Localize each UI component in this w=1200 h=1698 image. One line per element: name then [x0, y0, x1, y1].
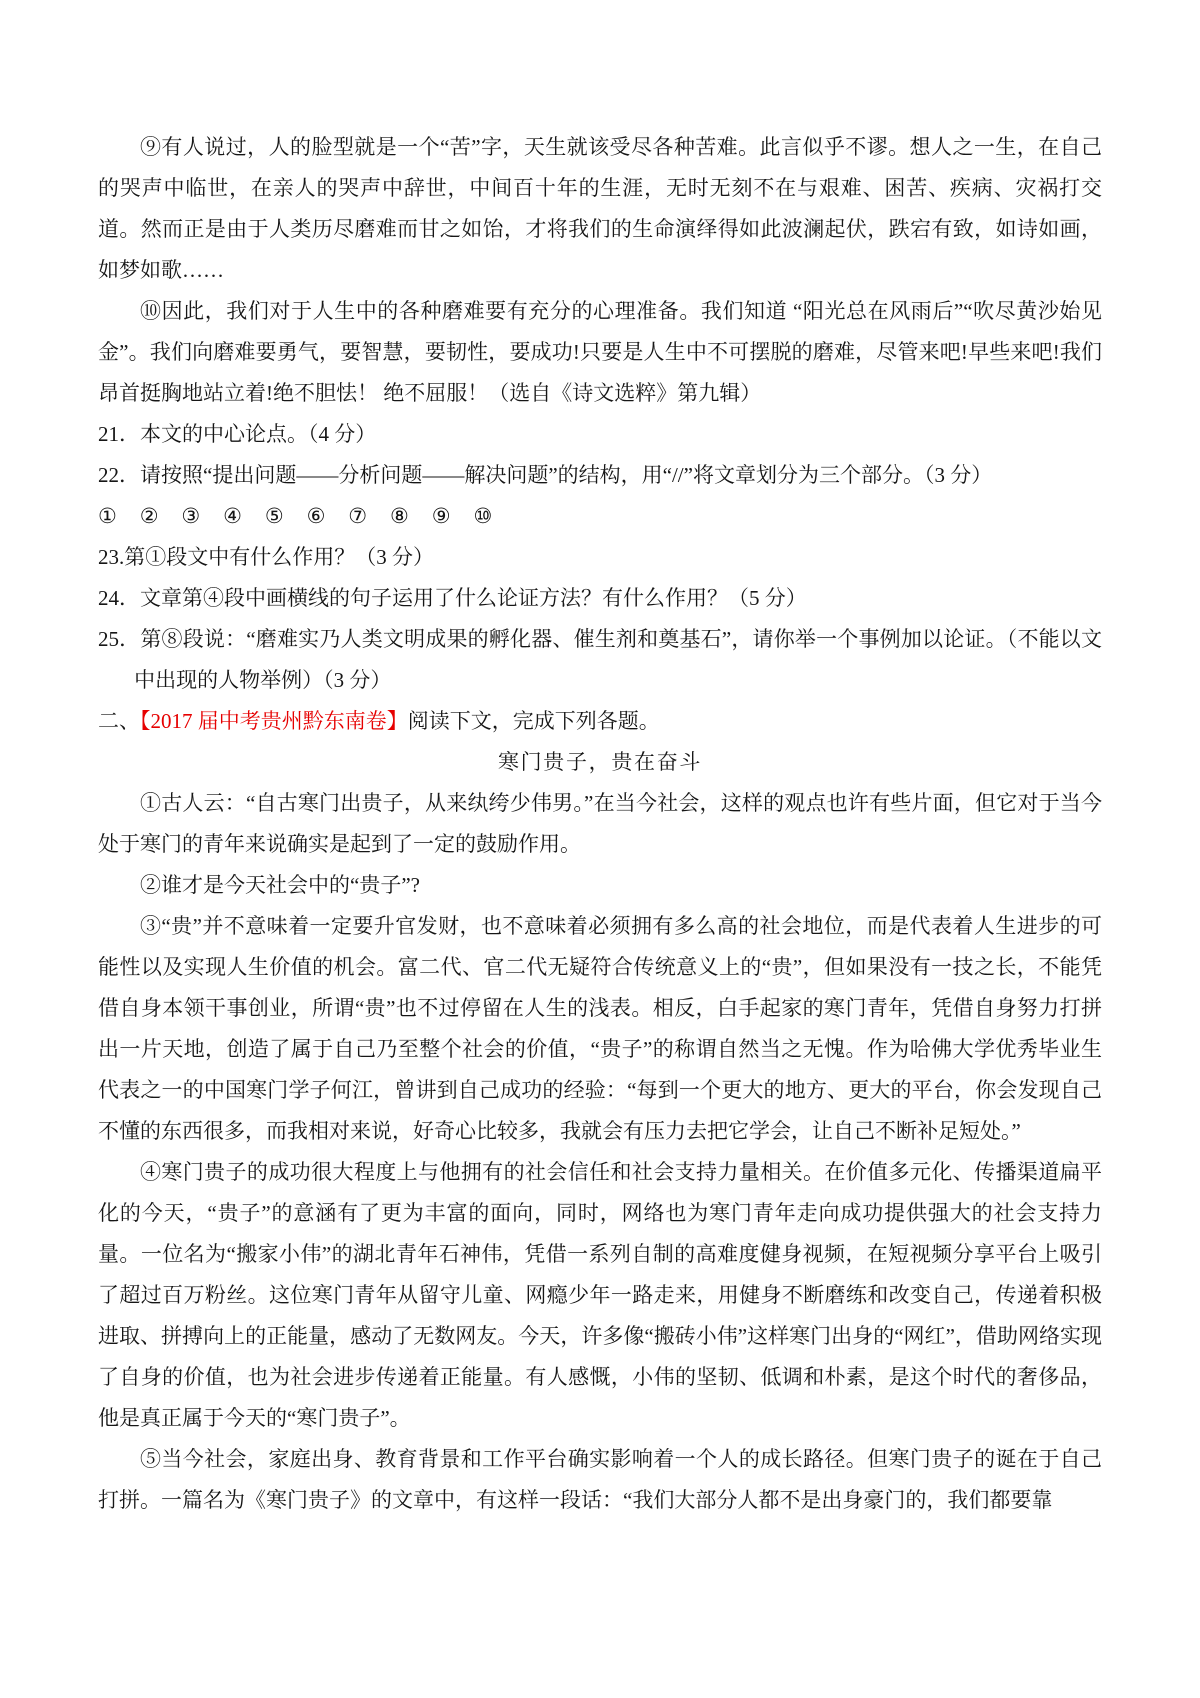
passage2-paragraph-2: ②谁才是今天社会中的“贵子”? — [98, 865, 1102, 906]
question-25: 25．第⑧段说：“磨难实乃人类文明成果的孵化器、催生剂和奠基石”，请你举一个事例… — [98, 619, 1102, 701]
section-two-prefix: 二、 — [98, 709, 140, 733]
passage1-paragraph-9: ⑨有人说过，人的脸型就是一个“苦”字，天生就该受尽各种苦难。此言似乎不谬。想人之… — [98, 127, 1102, 291]
passage2-paragraph-3: ③“贵”并不意味着一定要升官发财，也不意味着必须拥有多么高的社会地位，而是代表着… — [98, 906, 1102, 1152]
question-22: 22．请按照“提出问题——分析问题——解决问题”的结构，用“//”将文章划分为三… — [98, 455, 1102, 496]
passage2-paragraph-5: ⑤当今社会，家庭出身、教育背景和工作平台确实影响着一个人的成长路径。但寒门贵子的… — [98, 1439, 1102, 1521]
section-two-heading: 二、【2017 届中考贵州黔东南卷】阅读下文，完成下列各题。 — [98, 701, 1102, 742]
question-24: 24．文章第④段中画横线的句子运用了什么论证方法？有什么作用？（5 分） — [98, 578, 1102, 619]
paragraph-number-marks: ① ② ③ ④ ⑤ ⑥ ⑦ ⑧ ⑨ ⑩ — [98, 496, 1102, 537]
exam-source-tag: 【2017 届中考贵州黔东南卷】 — [140, 709, 408, 733]
question-21: 21．本文的中心论点。（4 分） — [98, 414, 1102, 455]
passage2-paragraph-4: ④寒门贵子的成功很大程度上与他拥有的社会信任和社会支持力量相关。在价值多元化、传… — [98, 1152, 1102, 1439]
exam-document-page: ⑨有人说过，人的脸型就是一个“苦”字，天生就该受尽各种苦难。此言似乎不谬。想人之… — [0, 0, 1200, 1698]
question-23: 23.第①段文中有什么作用？（3 分） — [98, 537, 1102, 578]
passage2-title: 寒门贵子，贵在奋斗 — [98, 742, 1102, 783]
passage1-paragraph-10: ⑩因此，我们对于人生中的各种磨难要有充分的心理准备。我们知道 “阳光总在风雨后”… — [98, 291, 1102, 414]
section-two-instruction: 阅读下文，完成下列各题。 — [408, 709, 660, 733]
passage2-paragraph-1: ①古人云：“自古寒门出贵子，从来纨绔少伟男。”在当今社会，这样的观点也许有些片面… — [98, 783, 1102, 865]
